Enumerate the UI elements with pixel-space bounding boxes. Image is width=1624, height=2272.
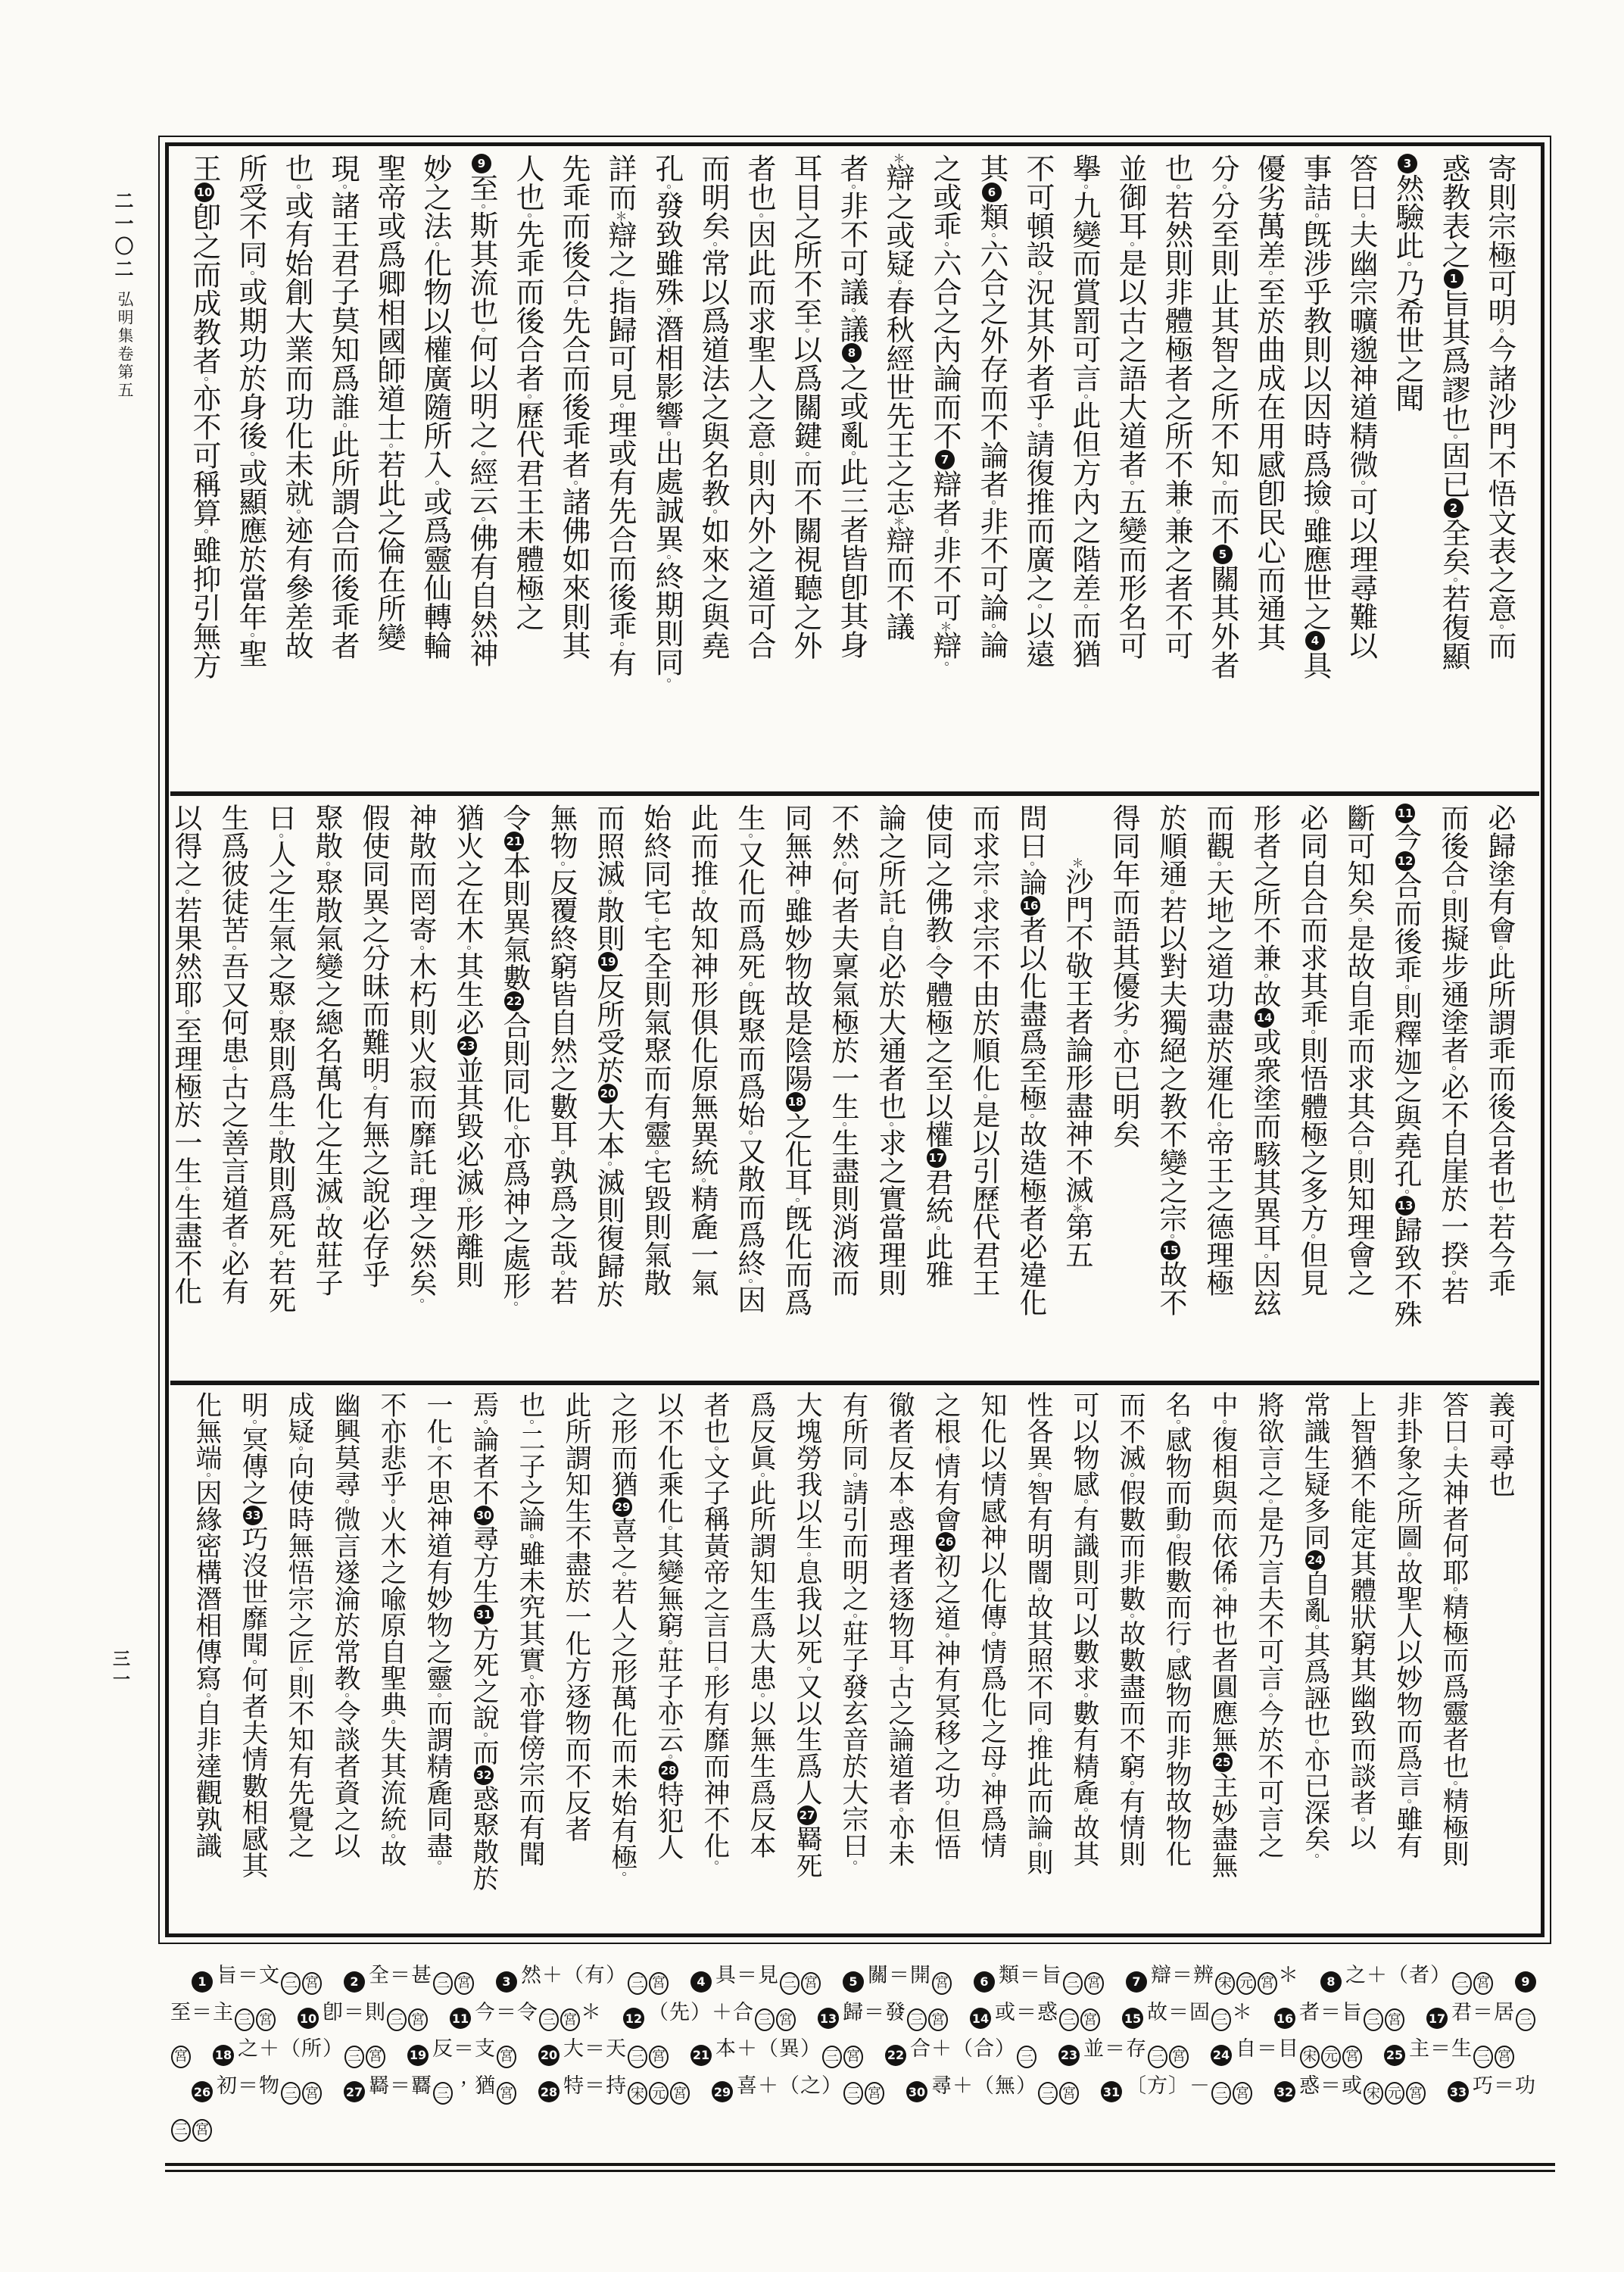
punctuation-mark: 。 xyxy=(741,1275,756,1287)
text-number: 二一〇二 xyxy=(109,191,136,282)
punctuation-mark: 。 xyxy=(1492,324,1507,337)
punctuation-mark: 。 xyxy=(460,941,475,954)
punctuation-mark: 。 xyxy=(1308,1735,1323,1748)
punctuation-mark: 。 xyxy=(1030,600,1046,613)
collation-marker: 30 xyxy=(474,1506,494,1525)
punctuation-mark: 。 xyxy=(178,1006,193,1019)
punctuation-mark: 。 xyxy=(507,1121,522,1134)
edition-siglum: 三 xyxy=(628,1972,647,1995)
punctuation-mark: 。 xyxy=(1169,1415,1184,1428)
text-column: 得同年而語其優劣。亦已明矣 xyxy=(1100,804,1147,1373)
punctuation-mark: 。 xyxy=(245,1415,260,1428)
text-column: 將欲言之。是乃言夫不可言。今於不可言之 xyxy=(1245,1391,1292,1927)
scanned-canon-page: 二一〇二 弘明集卷第五 三一 寄則宗極可明。今諸沙門不悟文表之意。而惑教表之1旨… xyxy=(0,0,1624,2272)
punctuation-mark: 。 xyxy=(938,1442,953,1455)
punctuation-mark: 。 xyxy=(938,1629,953,1642)
punctuation-mark: 。 xyxy=(1169,1530,1184,1543)
text-column: 化無端。因緣密構潛相傳寫。自非達觀孰識 xyxy=(183,1391,229,1927)
text-column: 此而推。故知神形俱化原無異統。精麁一氣 xyxy=(678,804,725,1373)
asterisk-mark: ＊ xyxy=(891,154,906,164)
text-column: 使同之佛教。令體極之至以權17君統。此雅 xyxy=(913,804,960,1373)
punctuation-mark: 。 xyxy=(319,857,334,870)
punctuation-mark: 。 xyxy=(319,1202,334,1215)
footnote-number: 24 xyxy=(1211,2045,1232,2066)
footnote-entry: 19反＝支宮 xyxy=(386,2037,517,2061)
punctuation-mark: 。 xyxy=(1400,1548,1415,1561)
punctuation-mark: 。 xyxy=(707,1662,722,1675)
collation-marker: 17 xyxy=(927,1148,946,1168)
footnote-number: 9 xyxy=(1515,1971,1536,1993)
edition-siglum: 宮 xyxy=(932,1972,952,1995)
punctuation-mark: 。 xyxy=(1123,1468,1138,1481)
text-column: 爲反眞。此所謂知生爲大患。以無生爲反本 xyxy=(737,1391,784,1927)
text-column: 先乖而後合。先合而後乖者。諸佛如來則其 xyxy=(550,154,597,784)
punctuation-mark: 。 xyxy=(890,276,906,289)
edition-siglum: 元 xyxy=(649,2082,669,2105)
register-top: 寄則宗極可明。今諸沙門不悟文表之意。而惑教表之1旨其爲謬也。固已2全矣。若復顯3… xyxy=(169,146,1541,791)
footnote-number: 28 xyxy=(538,2081,560,2102)
punctuation-mark: 。 xyxy=(976,1090,991,1103)
text-column: 形者之所不兼。故14或衆塗而駭其異耳。因玆 xyxy=(1241,804,1288,1373)
footnote-text: 卽＝則 xyxy=(323,2001,386,2024)
punctuation-mark: 。 xyxy=(937,657,952,670)
edition-siglum: 宮 xyxy=(1084,1972,1104,1995)
text-column: 焉。論者不30尋方生31方死之說。而32惑聚散於 xyxy=(460,1391,507,1927)
text-column: 答曰。夫幽宗曠邈神道精微。可以理尋難以 xyxy=(1338,154,1384,784)
text-column: 擧。九變而賞罰可言。此但方內之階差。而猶 xyxy=(1061,154,1107,784)
edition-siglum: 宮 xyxy=(1406,2082,1426,2105)
text-column: 論之所託。自必於大通者也。求之實當理則 xyxy=(866,804,913,1373)
text-column: 並御耳。是以古之語大道者。五變而形名可 xyxy=(1107,154,1153,784)
footnote-number: 27 xyxy=(344,2081,365,2102)
punctuation-mark: 。 xyxy=(892,1495,907,1508)
punctuation-mark: 。 xyxy=(1261,267,1276,279)
punctuation-mark: 。 xyxy=(413,941,428,954)
edition-siglum: 元 xyxy=(1385,2082,1404,2105)
punctuation-mark: 。 xyxy=(659,674,675,687)
edition-siglum: 宮 xyxy=(366,2046,385,2068)
text-column: 幽興莫尋。微言遂淪於常教。令談者資之以 xyxy=(322,1391,368,1927)
edition-siglum: 三 xyxy=(539,2008,559,2031)
edition-siglum: 三 xyxy=(1063,1972,1083,1995)
collation-marker: 16 xyxy=(1021,896,1040,916)
punctuation-mark: 。 xyxy=(1210,1118,1225,1131)
punctuation-mark: 。 xyxy=(289,180,304,193)
footnote-text: 類＝旨 xyxy=(999,1964,1062,1987)
text-column: 分。分至則止其智之所不知。而不5關其外者 xyxy=(1199,154,1245,784)
footnote-entry: 29喜＋（之）三宮 xyxy=(690,2074,885,2098)
punctuation-mark: 。 xyxy=(1123,1777,1138,1790)
footnote-entry: 32惑＝或宋元宮 xyxy=(1253,2074,1426,2098)
footnote-text: 主＝生 xyxy=(1409,2037,1473,2061)
punctuation-mark: 。 xyxy=(800,1662,815,1675)
footnote-text: 至＝主 xyxy=(170,2001,234,2024)
punctuation-mark: 。 xyxy=(892,1662,907,1675)
text-column: ＊沙門不敬王者論形盡神不滅＊第五 xyxy=(1054,804,1100,1373)
punctuation-mark: 。 xyxy=(289,505,304,518)
punctuation-mark: 。 xyxy=(788,885,803,898)
footnote-text: 反＝支 xyxy=(432,2037,496,2061)
footnote-text: 喜＋（之） xyxy=(737,2074,843,2098)
indent-space xyxy=(1076,804,1077,831)
footnote-number: 6 xyxy=(974,1971,995,1993)
text-column: 事詰。旣涉乎教則以因時爲撿。雖應世之4具 xyxy=(1292,154,1338,784)
footnote-text: 或＝惑 xyxy=(995,2001,1058,2024)
punctuation-mark: 。 xyxy=(938,1796,953,1809)
footnote-number: 30 xyxy=(906,2081,927,2102)
collation-marker: 19 xyxy=(598,952,618,972)
collation-marker: 8 xyxy=(842,343,862,363)
edition-siglum: 元 xyxy=(1236,1972,1256,1995)
text-column: 而觀。天地之道功盡於運化。帝王之德理極 xyxy=(1194,804,1241,1373)
text-column: 耳目之所不至。以爲關鍵。而不關視聽之外 xyxy=(782,154,828,784)
footnote-text: ，猶 xyxy=(454,2074,496,2098)
punctuation-mark: 。 xyxy=(752,448,767,460)
collation-marker: 10 xyxy=(195,183,214,202)
footnote-entry: 20大＝天三宮 xyxy=(517,2037,669,2061)
footnote-text: 君＝居 xyxy=(1451,2001,1515,2024)
edition-siglum: 宮 xyxy=(256,2008,276,2031)
punctuation-mark: 。 xyxy=(1308,1849,1323,1862)
punctuation-mark: 。 xyxy=(659,304,675,317)
punctuation-mark: 。 xyxy=(844,447,859,460)
punctuation-mark: 。 xyxy=(694,1174,709,1187)
punctuation-mark: 。 xyxy=(1023,857,1038,870)
punctuation-mark: 。 xyxy=(1030,267,1046,279)
page-number: 三一 xyxy=(108,1649,132,1690)
footnote-text: 辯＝辨 xyxy=(1151,1964,1214,1987)
punctuation-mark: 。 xyxy=(984,229,999,242)
footnote-entry: 15故＝固三＊ xyxy=(1101,2001,1253,2024)
text-column: 寄則宗極可明。今諸沙門不悟文表之意。而 xyxy=(1476,154,1523,784)
punctuation-mark: 。 xyxy=(522,1671,538,1684)
text-column: 妙之法。化物以權廣隨所入。或爲靈仙轉輪 xyxy=(412,154,458,784)
punctuation-mark: 。 xyxy=(291,1442,307,1455)
footnote-text: 關＝開 xyxy=(868,1964,931,1987)
punctuation-mark: 。 xyxy=(474,200,489,213)
text-column: 此所謂知生不盡於一化方逐物而不反者 xyxy=(553,1391,599,1927)
edition-siglum: 三 xyxy=(1364,2008,1383,2031)
punctuation-mark: 。 xyxy=(1030,419,1046,432)
punctuation-mark: 。 xyxy=(428,476,443,489)
footnote-number: 14 xyxy=(970,2008,991,2029)
punctuation-mark: 。 xyxy=(846,1468,861,1481)
collation-marker: 2 xyxy=(1444,498,1463,518)
footnote-entry: 22合＋（合）三 xyxy=(864,2037,1037,2061)
footnote-number: 2 xyxy=(344,1971,365,1993)
punctuation-mark: 。 xyxy=(474,323,489,336)
punctuation-mark: 。 xyxy=(600,1157,616,1170)
footnote-text: 惑＝或 xyxy=(1299,2074,1363,2098)
punctuation-mark: 。 xyxy=(199,1468,214,1481)
collation-marker: 9 xyxy=(472,154,491,173)
punctuation-mark: 。 xyxy=(835,857,850,870)
punctuation-mark: 。 xyxy=(178,1182,193,1195)
punctuation-mark: 。 xyxy=(474,447,489,460)
footnote-number: 12 xyxy=(623,2008,644,2029)
text-column: 知化以情感神以化傳。情爲化之母。神爲情 xyxy=(968,1391,1015,1927)
text-column: 者也。因此而求聖人之意。則內外之道可合 xyxy=(736,154,782,784)
punctuation-mark: 。 xyxy=(566,295,581,308)
edition-siglum: 宮 xyxy=(1473,1972,1493,1995)
punctuation-mark: 。 xyxy=(1169,180,1184,193)
footnote-number: 32 xyxy=(1274,2081,1295,2102)
punctuation-mark: 。 xyxy=(225,941,240,954)
collation-marker: 33 xyxy=(243,1506,263,1525)
footnote-number: 25 xyxy=(1384,2045,1405,2066)
edition-siglum: 三 xyxy=(1211,2082,1231,2105)
footnote-text: 故＝固 xyxy=(1147,2001,1211,2024)
fascicle-title: 弘明集卷第五 xyxy=(114,291,136,400)
punctuation-mark: 。 xyxy=(892,1803,907,1816)
text-column: 不然。何者夫稟氣極於一生。生盡則消液而 xyxy=(819,804,866,1373)
punctuation-mark: 。 xyxy=(706,238,721,251)
text-column: 以不化乘化。其變無窮。莊子亦云。28特犯人 xyxy=(645,1391,691,1927)
footnote-text: 之＋（者） xyxy=(1345,1964,1451,1987)
punctuation-mark: 。 xyxy=(661,1636,676,1649)
collation-marker: 3 xyxy=(1398,154,1417,173)
text-column: 名。感物而動。假數而行。感物而非物故物化 xyxy=(1153,1391,1199,1927)
footnote-text: 者＝旨 xyxy=(1299,2001,1363,2024)
punctuation-mark: 。 xyxy=(476,1415,491,1428)
text-column: 常識生疑多同24自亂。其爲誣也。亦已深矣。 xyxy=(1292,1391,1338,1927)
footnote-text: 初＝物 xyxy=(217,2074,280,2098)
punctuation-mark: 。 xyxy=(291,1662,307,1675)
text-column: 猶火之在木。其生必23並其毀必滅。形離則 xyxy=(444,804,491,1373)
punctuation-mark: 。 xyxy=(553,857,569,870)
footnote-text: 尋＋（無） xyxy=(931,2074,1037,2098)
footnote-entry: 1旨＝文三宮 xyxy=(170,1964,323,1987)
punctuation-mark: 。 xyxy=(413,1294,428,1307)
punctuation-mark: 。 xyxy=(1261,1495,1276,1508)
footnote-entry: 12（先）＋合三宮 xyxy=(602,2001,796,2024)
punctuation-mark: 。 xyxy=(335,180,351,193)
punctuation-mark: 。 xyxy=(197,373,212,385)
punctuation-mark: 。 xyxy=(1077,600,1092,613)
text-column: 一化。不思神道有妙物之靈。而謂精麁同盡。 xyxy=(414,1391,460,1927)
punctuation-mark: 。 xyxy=(1446,1583,1461,1596)
footnote-entry: 3然＋（有）三宮 xyxy=(475,1964,669,1987)
edition-siglum: 宮 xyxy=(408,2008,428,2031)
footnote-text: 合＋（合） xyxy=(910,2037,1016,2061)
footnote-number: 3 xyxy=(496,1971,517,1993)
punctuation-mark: 。 xyxy=(661,1521,676,1534)
text-column: 假使同異之分昧而難明。有無之說必存乎 xyxy=(350,804,397,1373)
footnote-text: 然＋（有） xyxy=(521,1964,627,1987)
punctuation-mark: 。 xyxy=(272,829,287,842)
punctuation-mark: 。 xyxy=(1077,1689,1092,1702)
punctuation-mark: 。 xyxy=(522,1415,538,1428)
footnote-text: 巧＝功 xyxy=(1473,2074,1536,2098)
collation-marker: 4 xyxy=(1305,631,1325,651)
register-middle: 必歸塗有會。此所謂乖而後合者也。若今乖而後合。則擬步通塗者。必不自崖於一揆。若1… xyxy=(169,796,1541,1381)
footnote-number: 5 xyxy=(843,1971,864,1993)
footnote-entry: 28特＝持宋元宮 xyxy=(517,2074,690,2098)
punctuation-mark: 。 xyxy=(984,496,999,509)
asterisk-mark: ＊ xyxy=(1070,1202,1084,1214)
punctuation-mark: 。 xyxy=(1308,209,1323,222)
edition-siglum: 三 xyxy=(1038,2082,1058,2105)
punctuation-mark: 。 xyxy=(1030,1583,1046,1596)
footnote-number: 4 xyxy=(690,1971,712,1993)
punctuation-mark: 。 xyxy=(1077,390,1092,403)
punctuation-mark: 。 xyxy=(1492,1202,1507,1215)
footnote-apparatus: 1旨＝文三宮2全＝甚三宮3然＋（有）三宮4具＝見三宮5關＝開宮6類＝旨三宮7辯＝… xyxy=(170,1958,1545,2142)
text-column: 而求宗。求宗不由於順化。是以引歷代君王 xyxy=(960,804,1007,1373)
punctuation-mark: 。 xyxy=(984,1628,999,1640)
text-column: 王10卽之而成教者。亦不可稱算。雖抑引無方 xyxy=(181,154,227,784)
text-column: 答曰。夫神者何耶。精極而爲靈者也。精極則 xyxy=(1430,1391,1476,1927)
punctuation-mark: 。 xyxy=(335,419,351,432)
punctuation-mark: 。 xyxy=(647,1146,662,1159)
edition-siglum: 三 xyxy=(344,2046,364,2068)
punctuation-mark: 。 xyxy=(476,1728,491,1741)
footnote-text: 大＝天 xyxy=(563,2037,627,2061)
footnote-entry: 25主＝生三宮 xyxy=(1363,2037,1515,2061)
punctuation-mark: 。 xyxy=(1351,1146,1366,1159)
collation-marker: 15 xyxy=(1161,1241,1180,1260)
text-column: 11今12合而後乖。則釋迦之與堯孔。13歸致不殊 xyxy=(1382,804,1429,1373)
punctuation-mark: 。 xyxy=(430,1689,445,1702)
punctuation-mark: 。 xyxy=(338,1689,353,1702)
collation-marker: 5 xyxy=(1213,545,1233,564)
footnote-entry: 7辯＝辨宋元宮＊ xyxy=(1105,1964,1299,1987)
edition-siglum: 宮 xyxy=(1233,2082,1252,2105)
text-column: 3然驗此。乃希世之聞 xyxy=(1384,154,1430,784)
punctuation-mark: 。 xyxy=(384,1830,399,1843)
punctuation-mark: 。 xyxy=(553,1146,569,1159)
edition-siglum: 三 xyxy=(1017,2046,1036,2068)
punctuation-mark: 。 xyxy=(707,1442,722,1455)
footnote-number: 26 xyxy=(192,2081,213,2102)
punctuation-mark: 。 xyxy=(225,1238,240,1251)
footnote-entry: 4具＝見三宮 xyxy=(669,1964,821,1987)
punctuation-mark: 。 xyxy=(846,1609,861,1622)
bottom-rule xyxy=(165,2163,1555,2172)
footnote-entry: 24自＝目宋元宮 xyxy=(1189,2037,1363,2061)
punctuation-mark: 。 xyxy=(882,913,897,926)
edition-siglum: 宮 xyxy=(497,2046,516,2068)
punctuation-mark: 。 xyxy=(741,1126,756,1139)
punctuation-mark: 。 xyxy=(338,1495,353,1508)
text-column: 聚散。聚散氣變之總名萬化之生滅。故莊子 xyxy=(303,804,350,1373)
edition-siglum: 三 xyxy=(433,1972,453,1995)
edition-siglum: 宮 xyxy=(649,2046,669,2068)
footnote-entry: 30尋＋（無）三宮 xyxy=(885,2074,1080,2098)
punctuation-mark: 。 xyxy=(1354,476,1369,489)
collation-marker: 21 xyxy=(504,832,524,851)
footnote-entry: 6類＝旨三宮 xyxy=(952,1964,1105,1987)
edition-siglum: 三 xyxy=(281,2082,301,2105)
edition-siglum: 宮 xyxy=(843,2046,863,2068)
footnote-entry: 11今＝令三宮＊ xyxy=(429,2001,602,2024)
edition-siglum: 三 xyxy=(780,1972,800,1995)
footnote-number: 19 xyxy=(407,2045,429,2066)
punctuation-mark: 。 xyxy=(522,1530,538,1543)
footnote-number: 23 xyxy=(1058,2045,1080,2066)
footnote-text: 全＝甚 xyxy=(369,1964,432,1987)
punctuation-mark: 。 xyxy=(1446,1777,1461,1790)
footnote-text: 具＝見 xyxy=(715,1964,779,1987)
punctuation-mark: 。 xyxy=(1116,1025,1131,1038)
edition-siglum: 三 xyxy=(1059,2008,1079,2031)
footnote-text: （先）＋合 xyxy=(648,2001,754,2024)
punctuation-mark: 。 xyxy=(1354,1813,1369,1826)
footnote-text: 〔方〕－ xyxy=(1126,2074,1211,2098)
edition-siglum: 宮 xyxy=(1385,2008,1404,2031)
punctuation-mark: 。 xyxy=(1215,180,1230,193)
text-column: 現。諸王君子莫知爲誰。此所謂合而後乖者 xyxy=(320,154,366,784)
punctuation-mark: 。 xyxy=(1492,941,1507,954)
punctuation-mark: 。 xyxy=(615,1568,630,1581)
punctuation-mark: 。 xyxy=(613,638,628,651)
text-column: 之根。情有會26初之道。神有冥移之功。但悟 xyxy=(922,1391,968,1927)
punctuation-mark: 。 xyxy=(798,324,813,337)
footnote-text: ＊ xyxy=(581,2001,602,2024)
footnote-number: 22 xyxy=(885,2045,906,2066)
punctuation-mark: 。 xyxy=(1304,1025,1319,1038)
text-column: 於順通。若以對夫獨絕之教不變之宗。15故不 xyxy=(1147,804,1194,1373)
punctuation-mark: 。 xyxy=(1400,1795,1415,1808)
punctuation-mark: 。 xyxy=(1304,1230,1319,1243)
punctuation-mark: 。 xyxy=(520,209,535,222)
punctuation-mark: 。 xyxy=(1354,209,1369,222)
text-column: 明。冥傳之33巧沒世靡聞。何者夫情數相感其 xyxy=(229,1391,276,1927)
punctuation-mark: 。 xyxy=(520,390,535,403)
footnote-text: 並＝存 xyxy=(1083,2037,1147,2061)
edition-siglum: 宮 xyxy=(801,1972,821,1995)
text-column: 者。非不可議。議8之或亂。此三者皆卽其身 xyxy=(828,154,874,784)
edition-siglum: 三 xyxy=(1452,1972,1472,1995)
punctuation-mark: 。 xyxy=(753,1468,768,1481)
edition-siglum: 宮 xyxy=(302,1972,322,1995)
edition-siglum: 三 xyxy=(628,2046,647,2068)
punctuation-mark: 。 xyxy=(384,1495,399,1508)
punctuation-mark: 。 xyxy=(553,1266,569,1279)
punctuation-mark: 。 xyxy=(844,180,859,193)
text-column: 斷可知矣。是故自乖而求其合。則知理會之 xyxy=(1335,804,1382,1373)
punctuation-mark: 。 xyxy=(474,513,489,526)
collation-marker: 7 xyxy=(935,450,955,470)
footnote-number: 29 xyxy=(712,2081,733,2102)
collation-marker: 26 xyxy=(936,1532,955,1552)
edition-siglum: 宮 xyxy=(1059,2082,1079,2105)
asterisk-mark: ＊ xyxy=(613,210,628,222)
footnote-number: 33 xyxy=(1448,2081,1469,2102)
punctuation-mark: 。 xyxy=(1398,981,1413,994)
punctuation-mark: 。 xyxy=(615,1868,630,1880)
text-column: 有所同。請引而明之。莊子發玄音於大宗曰。 xyxy=(830,1391,876,1927)
text-column: 非卦象之所圖。故聖人以妙物而爲言。雖有 xyxy=(1384,1391,1430,1927)
punctuation-mark: 。 xyxy=(428,238,443,251)
text-column: 不可頓設。況其外者乎。請復推而廣之。以遠 xyxy=(1015,154,1061,784)
edition-siglum: 三 xyxy=(907,2008,927,2031)
punctuation-mark: 。 xyxy=(1257,969,1272,982)
collation-marker: 31 xyxy=(474,1605,494,1624)
punctuation-mark: 。 xyxy=(1030,1838,1046,1851)
text-column: 而照滅。散則19反所受於20大本。滅則復歸於 xyxy=(584,804,631,1373)
text-column: 人也。先乖而後合者。歷代君王未體極之 xyxy=(504,154,550,784)
edition-siglum: 宮 xyxy=(1080,2008,1100,2031)
text-column: 必同自合而求其乖。則悟體極之多方。但見 xyxy=(1288,804,1335,1373)
footnote-entry: 14或＝惑三宮 xyxy=(949,2001,1101,2024)
text-column: 之形而猶29喜之。若人之形萬化而未始有極。 xyxy=(599,1391,645,1927)
punctuation-mark: 。 xyxy=(384,1715,399,1728)
punctuation-mark: 。 xyxy=(1351,913,1366,926)
punctuation-mark: 。 xyxy=(225,1062,240,1075)
text-column: 者也。文子稱黃帝之言曰。形有靡而神不化。 xyxy=(691,1391,737,1927)
text-frame: 寄則宗極可明。今諸沙門不悟文表之意。而惑教表之1旨其爲謬也。固已2全矣。若復顯3… xyxy=(165,142,1545,1937)
